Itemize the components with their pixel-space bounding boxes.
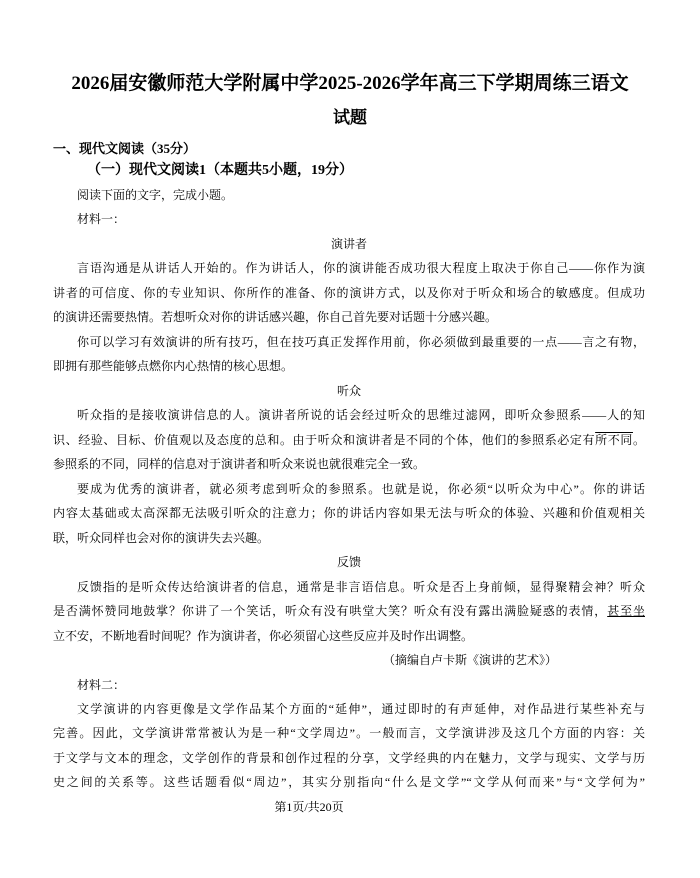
- underlined-text: 甚至坐: [607, 604, 645, 618]
- passage-text: 识、经验、目标、价值观以及态度的总和。由于听众和演讲者是不同的个体，他们的参照系…: [53, 433, 595, 447]
- passage-heading-feedback: 反馈: [53, 555, 645, 570]
- material-one-label: 材料一：: [53, 212, 645, 227]
- material-two-label: 材料二：: [53, 678, 645, 693]
- passage-line: 即拥有那些能够点燃你内心热情的核心思想。: [53, 359, 645, 374]
- passage-heading-speaker: 演讲者: [53, 237, 645, 252]
- passage-line: 你可以学习有效演讲的所有技巧，但在技巧真正发挥作用前，你必须做到最重要的一点——…: [53, 335, 645, 350]
- document-title: 2026届安徽师范大学附属中学2025-2026学年高三下学期周练三语文: [0, 73, 700, 95]
- exam-paper-page: 2026届安徽师范大学附属中学2025-2026学年高三下学期周练三语文 试题 …: [0, 0, 700, 878]
- passage-line: 史之间的关系等。这些话题看似“周边”，其实分别指向“什么是文学”“文学从何而来”…: [53, 775, 645, 790]
- passage-line: 识、经验、目标、价值观以及态度的总和。由于听众和演讲者是不同的个体，他们的参照系…: [53, 433, 645, 448]
- passage-line: 的演讲还需要热情。若想听众对你的讲话感兴趣，你自己首先要对话题十分感兴趣。: [53, 310, 645, 325]
- attribution: （摘编自卢卡斯《演讲的艺术》）: [53, 653, 645, 668]
- passage-line: 完善。因此，文学演讲常常被认为是一种“文学周边”。一般而言，文学演讲涉及这几个方…: [53, 726, 645, 741]
- passage-line: 听众指的是接收演讲信息的人。演讲者所说的话会经过听众的思维过滤网，即听众参照系—…: [53, 408, 645, 423]
- passage-line: 是否满怀赞同地鼓掌？你讲了一个笑话，听众有没有哄堂大笑？听众有没有露出满脸疑惑的…: [53, 604, 645, 619]
- overlined-text: 所不同: [595, 433, 633, 447]
- passage-line: 言语沟通是从讲话人开始的。作为讲话人，你的演讲能否成功很大程度上取决于你自己——…: [53, 261, 645, 276]
- passage-heading-audience: 听众: [53, 384, 645, 399]
- passage-line: 于文学与文本的理念，文学创作的背景和创作过程的分享，文学经典的内在魅力，文学与现…: [53, 751, 645, 766]
- passage-line: 文学演讲的内容更像是文学作品某个方面的“延伸”，通过即时的有声延伸，对作品进行某…: [53, 702, 645, 717]
- passage-text: 是否满怀赞同地鼓掌？你讲了一个笑话，听众有没有哄堂大笑？听众有没有露出满脸疑惑的…: [53, 604, 607, 618]
- passage-line: 参照系的不同，同样的信息对于演讲者和听众来说也就很难完全一致。: [53, 457, 645, 472]
- passage-line: 联，听众同样也会对你的演讲失去兴趣。: [53, 531, 645, 546]
- passage-line: 反馈指的是听众传达给演讲者的信息，通常是非言语信息。听众是否上身前倾，显得聚精会…: [53, 580, 645, 595]
- passage-line: 讲者的可信度、你的专业知识、你所作的准备、你的演讲方式，以及你对于听众和场合的敏…: [53, 286, 645, 301]
- passage-text: 。: [633, 433, 645, 447]
- instruction-line: 阅读下面的文字，完成小题。: [53, 188, 645, 203]
- document-subtitle: 试题: [0, 108, 700, 128]
- subsection-heading: （一）现代文阅读1（本题共5小题，19分）: [53, 162, 645, 179]
- section-heading: 一、现代文阅读（35分）: [53, 141, 645, 157]
- passage-line: 内容太基础或太高深都无法吸引听众的注意力；你的讲话内容如果无法与听众的体验、兴趣…: [53, 506, 645, 521]
- passage-line: 立不安，不断地看时间呢？作为演讲者，你必须留心这些反应并及时作出调整。: [53, 629, 645, 644]
- page-number: 第1页/共20页: [53, 800, 645, 815]
- passage-line: 要成为优秀的演讲者，就必须考虑到听众的参照系。也就是说，你必须“以听众为中心”。…: [53, 482, 645, 497]
